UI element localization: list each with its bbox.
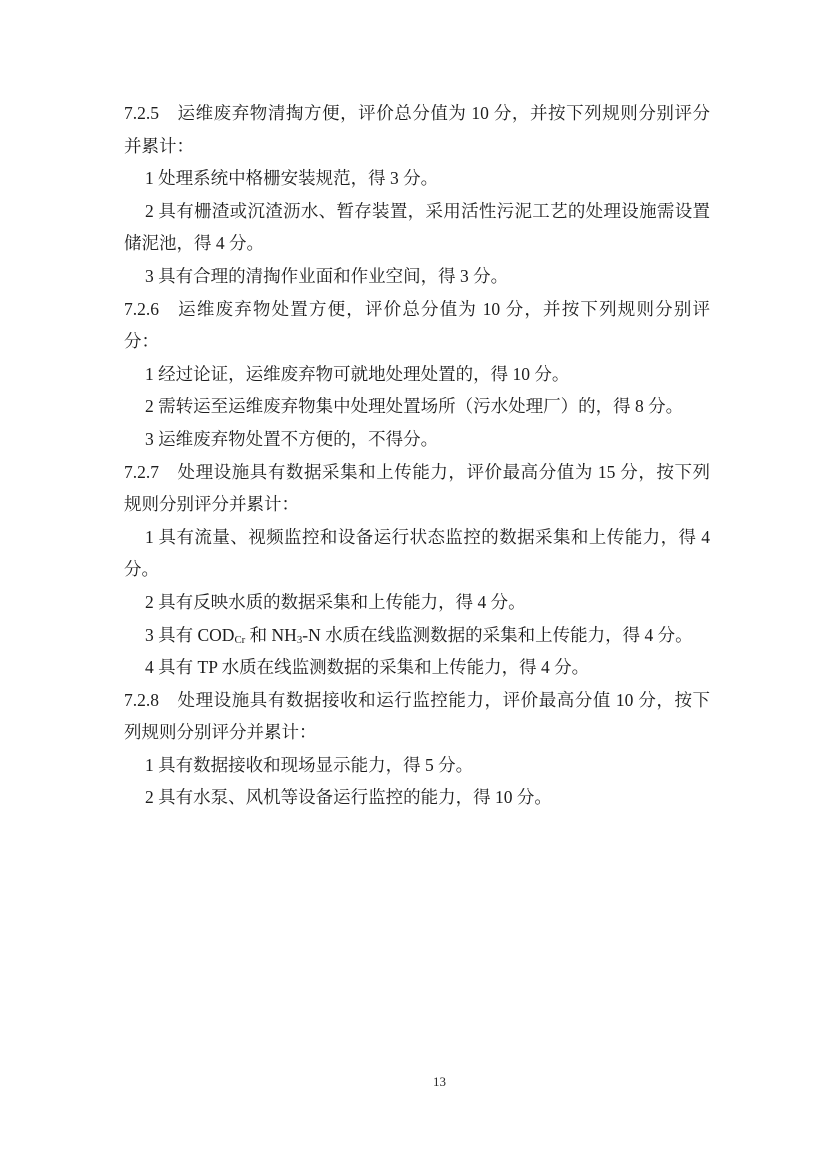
list-item: 2 具有栅渣或沉渣沥水、暂存装置，采用活性污泥工艺的处理设施需设置储泥池，得 4… <box>124 195 710 260</box>
section-heading: 7.2.6运维废弃物处置方便，评价总分值为 10 分，并按下列规则分别评分： <box>124 293 710 358</box>
section-heading: 7.2.8处理设施具有数据接收和运行监控能力，评价最高分值 10 分，按下列规则… <box>124 684 710 749</box>
section-heading-text: 运维废弃物处置方便，评价总分值为 10 分，并按下列规则分别评分： <box>124 299 710 352</box>
text-segment: 和 NH <box>245 625 297 645</box>
section-number: 7.2.7 <box>124 456 159 489</box>
section-number: 7.2.6 <box>124 293 159 326</box>
list-item: 2 具有反映水质的数据采集和上传能力，得 4 分。 <box>124 586 710 619</box>
section-7-2-7: 7.2.7处理设施具有数据采集和上传能力，评价最高分值为 15 分，按下列规则分… <box>124 456 710 684</box>
section-heading-text: 运维废弃物清掏方便，评价总分值为 10 分，并按下列规则分别评分并累计： <box>124 103 710 156</box>
list-item: 1 具有数据接收和现场显示能力，得 5 分。 <box>124 749 710 782</box>
section-7-2-8: 7.2.8处理设施具有数据接收和运行监控能力，评价最高分值 10 分，按下列规则… <box>124 684 710 814</box>
list-item: 2 需转运至运维废弃物集中处理处置场所（污水处理厂）的，得 8 分。 <box>124 390 710 423</box>
page-number: 13 <box>433 1074 446 1090</box>
list-item: 1 处理系统中格栅安装规范，得 3 分。 <box>124 162 710 195</box>
section-7-2-5: 7.2.5运维废弃物清掏方便，评价总分值为 10 分，并按下列规则分别评分并累计… <box>124 97 710 293</box>
list-item: 4 具有 TP 水质在线监测数据的采集和上传能力，得 4 分。 <box>124 651 710 684</box>
list-item: 3 具有合理的清掏作业面和作业空间，得 3 分。 <box>124 260 710 293</box>
list-item: 1 经过论证，运维废弃物可就地处理处置的，得 10 分。 <box>124 358 710 391</box>
list-item: 3 具有 CODCr 和 NH3-N 水质在线监测数据的采集和上传能力，得 4 … <box>124 619 710 652</box>
section-number: 7.2.5 <box>124 97 159 130</box>
list-item: 3 运维废弃物处置不方便的，不得分。 <box>124 423 710 456</box>
section-heading-text: 处理设施具有数据采集和上传能力，评价最高分值为 15 分，按下列规则分别评分并累… <box>124 462 710 515</box>
document-page: 7.2.5运维废弃物清掏方便，评价总分值为 10 分，并按下列规则分别评分并累计… <box>0 0 826 1169</box>
document-body: 7.2.5运维废弃物清掏方便，评价总分值为 10 分，并按下列规则分别评分并累计… <box>124 97 710 814</box>
text-segment: 3 具有 COD <box>145 625 234 645</box>
text-segment: -N 水质在线监测数据的采集和上传能力，得 4 分。 <box>302 625 692 645</box>
list-item: 1 具有流量、视频监控和设备运行状态监控的数据采集和上传能力，得 4 分。 <box>124 521 710 586</box>
list-item: 2 具有水泵、风机等设备运行监控的能力，得 10 分。 <box>124 781 710 814</box>
section-number: 7.2.8 <box>124 684 159 717</box>
section-heading: 7.2.5运维废弃物清掏方便，评价总分值为 10 分，并按下列规则分别评分并累计… <box>124 97 710 162</box>
section-heading: 7.2.7处理设施具有数据采集和上传能力，评价最高分值为 15 分，按下列规则分… <box>124 456 710 521</box>
section-heading-text: 处理设施具有数据接收和运行监控能力，评价最高分值 10 分，按下列规则分别评分并… <box>124 690 710 743</box>
section-7-2-6: 7.2.6运维废弃物处置方便，评价总分值为 10 分，并按下列规则分别评分： 1… <box>124 293 710 456</box>
subscript-cr: Cr <box>234 633 245 645</box>
